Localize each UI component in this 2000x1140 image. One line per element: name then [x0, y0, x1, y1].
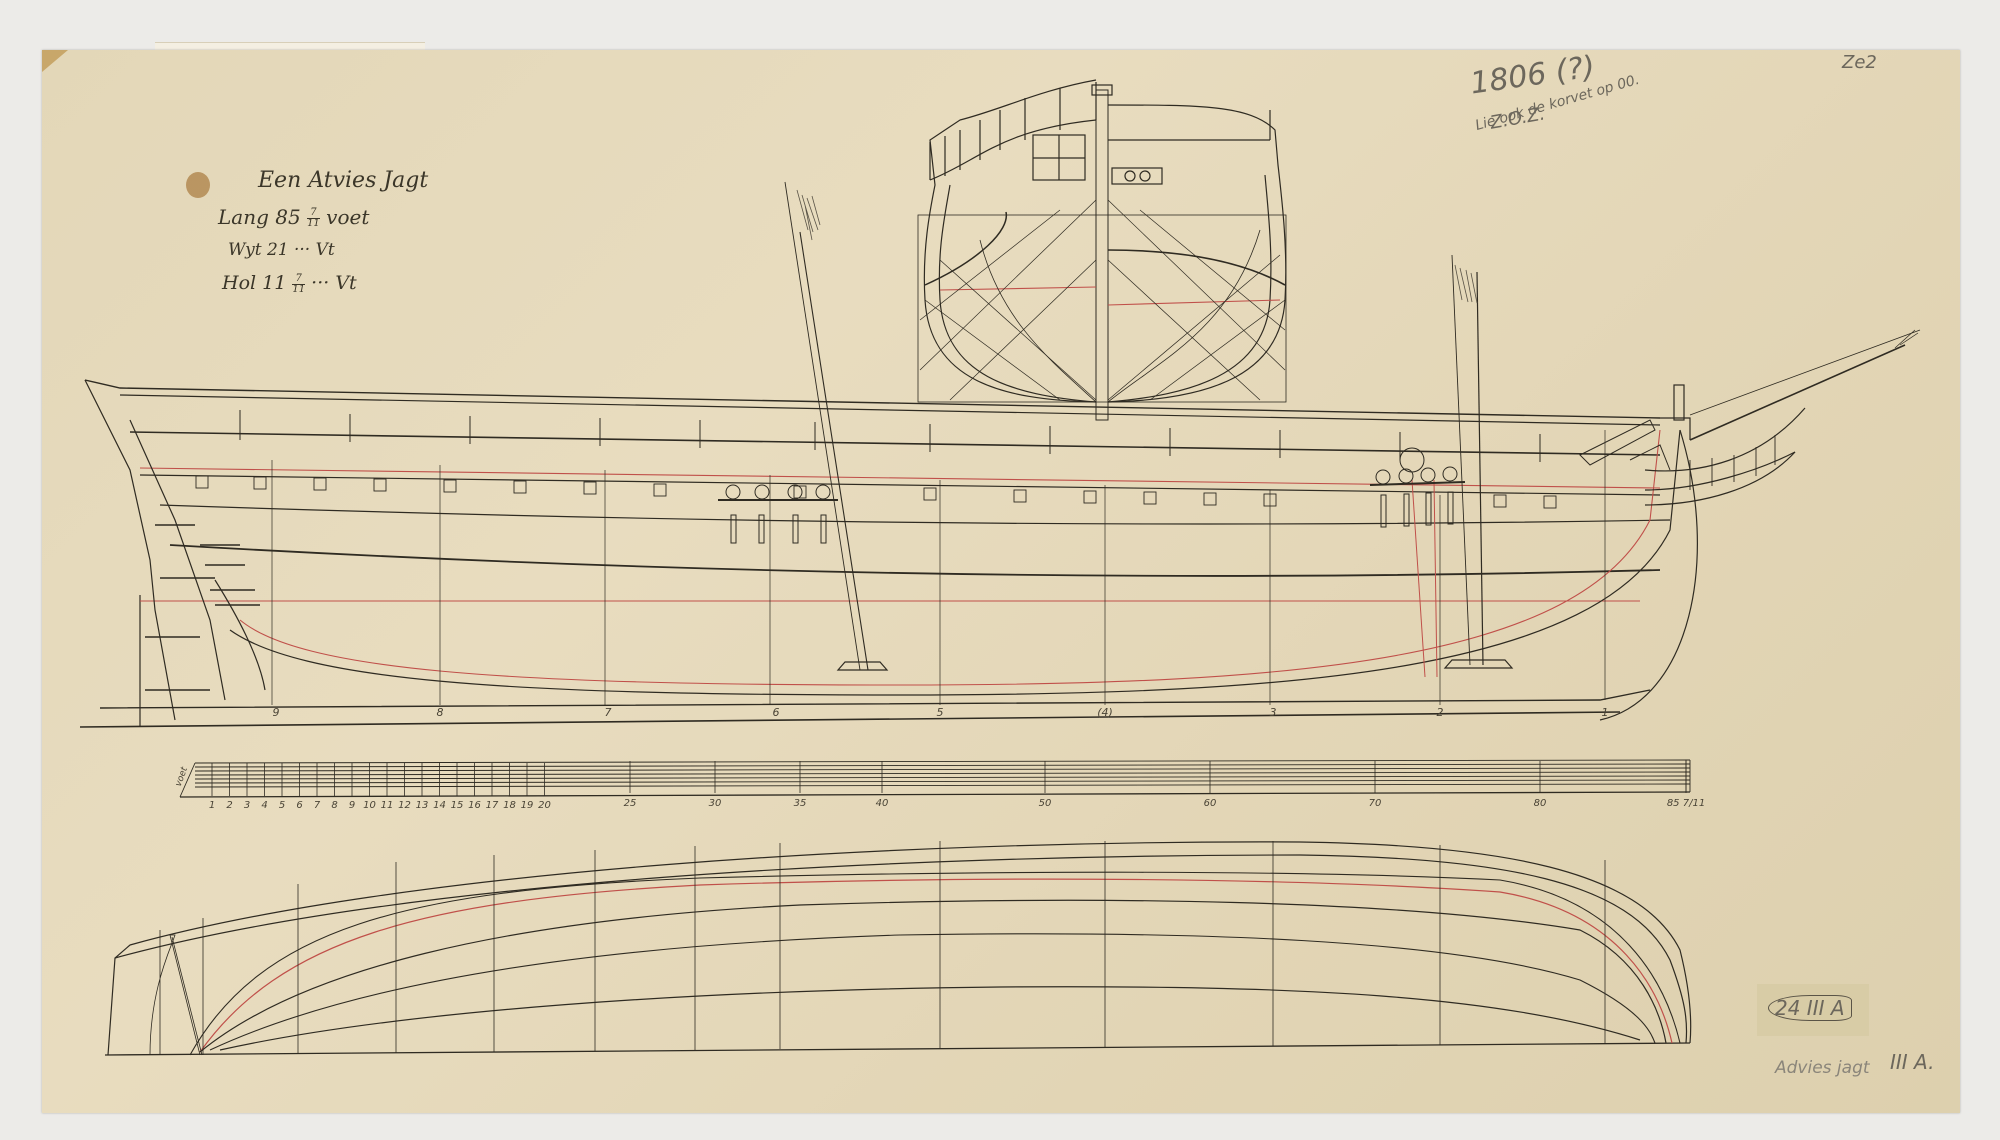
station-number: 8	[437, 706, 444, 719]
scale-tick-label: 9	[349, 800, 355, 811]
scale-tick-label: 8	[331, 800, 337, 811]
series-annotation: III A.	[1890, 1050, 1934, 1074]
scale-tick-label: 18	[503, 800, 516, 811]
scale-tick-label: 17	[486, 800, 499, 811]
corner-mark: Ze2	[1842, 52, 1877, 73]
scale-tick-label: 25	[624, 798, 637, 809]
station-number: 9	[273, 706, 280, 719]
dimension-label: Wyt	[228, 240, 262, 260]
dimension-label: Hol	[222, 272, 256, 294]
scale-tick-label: 13	[416, 800, 429, 811]
scale-tick-label: 30	[709, 798, 722, 809]
scale-tick-label: 19	[521, 800, 534, 811]
sheer-plan-profile	[80, 182, 1920, 727]
dimension-fraction: 7 11	[307, 208, 320, 229]
station-number: 6	[773, 706, 780, 719]
scale-tick-label: 10	[363, 800, 376, 811]
dimension-label: Lang	[218, 205, 269, 229]
dimension-value: 11	[262, 272, 286, 294]
scale-tick-label: 20	[538, 800, 551, 811]
scale-tick-label: 14	[433, 800, 446, 811]
scale-tick-label: 16	[468, 800, 481, 811]
drawing-title: Een Atvies Jagt	[258, 168, 428, 193]
station-number: 5	[937, 706, 944, 719]
scale-tick-label: 15	[451, 800, 464, 811]
dimension-length: Lang 85 7 11 voet	[218, 205, 369, 229]
station-number: 3	[1270, 706, 1277, 719]
scale-tick-label: 50	[1039, 798, 1052, 809]
scale-tick-label: 1	[209, 800, 215, 811]
dimension-fraction: 7 11	[292, 274, 305, 295]
station-number: (4)	[1097, 706, 1113, 719]
scale-tick-label: 6	[296, 800, 302, 811]
scale-tick-label: 40	[876, 798, 889, 809]
scale-tick-label: 12	[398, 800, 411, 811]
dimension-unit: ··· Vt	[311, 272, 357, 294]
scale-tick-label: 35	[794, 798, 807, 809]
dimension-width: Wyt 21 ··· Vt	[228, 240, 335, 260]
dimension-value: 85	[275, 205, 300, 229]
category-annotation: Advies jagt	[1775, 1058, 1870, 1078]
dimension-unit: voet	[326, 205, 369, 229]
scale-tick-label: 60	[1204, 798, 1217, 809]
scale-tick-label: 3	[244, 800, 250, 811]
station-number: 2	[1437, 706, 1444, 719]
dimension-value: 21	[267, 240, 289, 260]
scale-tick-label: 5	[279, 800, 285, 811]
scale-tick-label: 70	[1369, 798, 1382, 809]
station-number: 1	[1602, 706, 1609, 719]
scale-tick-label: 85 7/11	[1667, 798, 1705, 809]
scale-tick-label: 2	[226, 800, 232, 811]
station-number: 7	[605, 706, 612, 719]
catalog-stamp: 24 III A	[1768, 995, 1852, 1021]
scale-tick-label: 11	[381, 800, 394, 811]
scale-tick-label: 4	[261, 800, 267, 811]
scale-bar	[180, 760, 1690, 797]
scale-tick-label: 7	[314, 800, 320, 811]
scale-tick-label: 80	[1534, 798, 1547, 809]
dimension-depth: Hol 11 7 11 ··· Vt	[222, 272, 357, 295]
half-breadth-plan	[105, 841, 1691, 1055]
dimension-unit: ··· Vt	[294, 240, 335, 260]
body-plan-stern-view	[918, 80, 1286, 420]
